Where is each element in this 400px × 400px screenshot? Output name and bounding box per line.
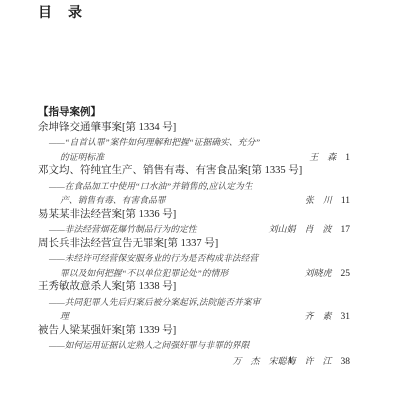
case-subtitle: ——未经许可经营保安服务业的行为是否构成非法经营	[38, 251, 350, 266]
page-ref: 38	[341, 357, 351, 367]
subtitle-text: ——非法经营烟花爆竹制品行为的定性	[49, 222, 197, 237]
subtitle-text: 的证明标准	[60, 150, 104, 165]
authors-page-group: 刘晓虎25	[304, 266, 350, 282]
toc-page: 目 录 【指导案例】 余坤锋交通肇事案[第 1334 号]——“自首认罪”案件如…	[0, 0, 400, 400]
toc-entry: 余坤锋交通肇事案[第 1334 号]——“自首认罪”案件如何理解和把握“证据确实…	[38, 121, 350, 165]
authors-page-group: 刘山娟 肖 波17	[268, 222, 350, 238]
toc-entry: 周长兵非法经营宣告无罪案[第 1337 号]——未经许可经营保安服务业的行为是否…	[38, 237, 350, 281]
case-title: 王秀敏故意杀人案[第 1338 号]	[38, 280, 350, 295]
toc-content: 【指导案例】 余坤锋交通肇事案[第 1334 号]——“自首认罪”案件如何理解和…	[38, 106, 350, 367]
authors-page-group: 王 森1	[309, 150, 350, 166]
authors: 张 川	[305, 195, 332, 205]
page-ref: 1	[345, 153, 350, 163]
authors-page-group: 张 川11	[305, 193, 350, 209]
page-title: 目 录	[38, 2, 83, 22]
case-subtitle: 的证明标准王 森1	[38, 150, 350, 165]
case-subtitle: ——共同犯罪人先后归案后被分案起诉,法院能否并案审	[38, 295, 350, 310]
page-ref: 31	[341, 312, 351, 322]
subtitle-text: 罪以及如何把握“不以单位犯罪论处”的情形	[60, 266, 228, 281]
page-ref: 11	[341, 196, 350, 206]
authors: 齐 素	[304, 311, 331, 321]
authors: 刘晓虎	[304, 268, 331, 278]
case-title: 周长兵非法经营宣告无罪案[第 1337 号]	[38, 237, 350, 252]
authors: 王 森	[309, 152, 336, 162]
authors: 刘山娟 肖 波	[268, 224, 331, 234]
page-number: 1	[288, 356, 293, 366]
case-subtitle: 罪以及如何把握“不以单位犯罪论处”的情形刘晓虎25	[38, 266, 350, 281]
subtitle-text: 理	[60, 309, 69, 324]
authors-page-group: 齐 素31	[304, 309, 350, 325]
toc-entry: 王秀敏故意杀人案[第 1338 号]——共同犯罪人先后归案后被分案起诉,法院能否…	[38, 280, 350, 324]
case-subtitle: 理齐 素31	[38, 309, 350, 324]
authors: 万 杰 宋聪梅 许 江	[232, 356, 331, 366]
case-title: 邓文均、符纯宜生产、销售有毒、有害食品案[第 1335 号]	[38, 164, 350, 179]
case-title: 易某某非法经营案[第 1336 号]	[38, 208, 350, 223]
subtitle-text: 产、销售有毒、有害食品罪	[60, 193, 166, 208]
case-title: 被告人梁某强奸案[第 1339 号]	[38, 324, 350, 339]
case-subtitle: ——“自首认罪”案件如何理解和把握“证据确实、充分”	[38, 135, 350, 150]
toc-entry: 易某某非法经营案[第 1336 号]——非法经营烟花爆竹制品行为的定性刘山娟 肖…	[38, 208, 350, 237]
case-authors-line: 万 杰 宋聪梅 许 江38	[38, 353, 350, 368]
case-title: 余坤锋交通肇事案[第 1334 号]	[38, 121, 350, 136]
case-subtitle: 产、销售有毒、有害食品罪张 川11	[38, 193, 350, 208]
case-subtitle: ——在食品加工中使用“口水油”并销售的,应认定为生	[38, 179, 350, 194]
case-subtitle: ——如何运用证据认定熟人之间强奸罪与非罪的界限	[38, 338, 350, 353]
section-header: 【指导案例】	[38, 106, 350, 121]
page-ref: 17	[341, 225, 351, 235]
case-subtitle: ——非法经营烟花爆竹制品行为的定性刘山娟 肖 波17	[38, 222, 350, 237]
page-ref: 25	[341, 269, 351, 279]
entries-list: 余坤锋交通肇事案[第 1334 号]——“自首认罪”案件如何理解和把握“证据确实…	[38, 121, 350, 368]
toc-entry: 被告人梁某强奸案[第 1339 号]——如何运用证据认定熟人之间强奸罪与非罪的界…	[38, 324, 350, 368]
toc-entry: 邓文均、符纯宜生产、销售有毒、有害食品案[第 1335 号]——在食品加工中使用…	[38, 164, 350, 208]
